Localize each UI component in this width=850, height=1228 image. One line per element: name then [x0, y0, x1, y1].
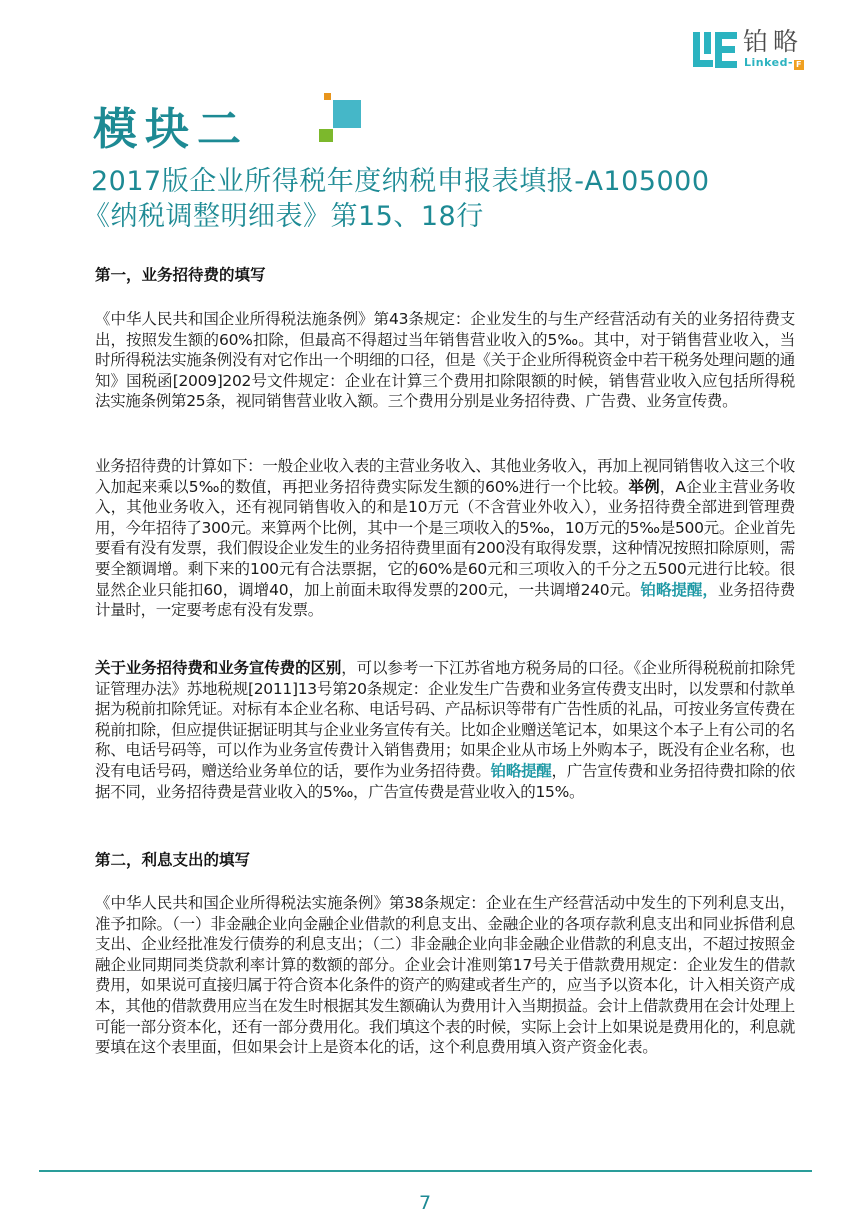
paragraph-regulation-38: 《中华人民共和国企业所得税法实施条例》第38条规定：企业在生产经营活动中发生的下…	[95, 893, 795, 1058]
logo-brand-en-text: Linked-	[744, 56, 793, 69]
paragraph-calculation-example: 业务招待费的计算如下：一般企业收入表的主营业务收入、其他业务收入，再加上视同销售…	[95, 456, 795, 621]
brand-logo: 铂略 Linked-F	[693, 30, 823, 72]
linked-f-logo-icon	[693, 32, 737, 68]
reminder-label: 铂略提醒，	[641, 581, 718, 599]
page-number: 7	[0, 1192, 850, 1214]
paragraph-regulation-43: 《中华人民共和国企业所得税法施条例》第43条规定：企业发生的与生产经营活动有关的…	[95, 309, 795, 412]
reminder-label-2: 铂略提醒	[491, 762, 552, 780]
difference-label: 关于业务招待费和业务宣传费的区别	[95, 659, 341, 677]
paragraph-entertainment-vs-promotion: 关于业务招待费和业务宣传费的区别，可以参考一下江苏省地方税务局的口径。《企业所得…	[95, 658, 795, 802]
module-title: 模块二	[93, 104, 249, 156]
example-label: 举例	[628, 478, 659, 496]
section-heading-interest: 第二，利息支出的填写	[95, 850, 250, 870]
decorative-orange-square	[324, 93, 331, 100]
subtitle-line-1: 2017版企业所得税年度纳税申报表填报-A105000	[91, 166, 710, 197]
document-subtitle: 2017版企业所得税年度纳税申报表填报-A105000 《纳税调整明细表》第15…	[91, 164, 811, 234]
subtitle-line-2: 《纳税调整明细表》第15、18行	[83, 199, 811, 234]
section-heading-entertainment: 第一，业务招待费的填写	[95, 265, 266, 285]
footer-divider	[39, 1170, 812, 1172]
logo-f-badge-icon: F	[794, 60, 804, 70]
logo-brand-cn: 铂略	[743, 28, 803, 56]
decorative-blue-square	[333, 100, 361, 128]
decorative-green-square	[319, 129, 333, 142]
logo-brand-en: Linked-F	[744, 57, 804, 70]
